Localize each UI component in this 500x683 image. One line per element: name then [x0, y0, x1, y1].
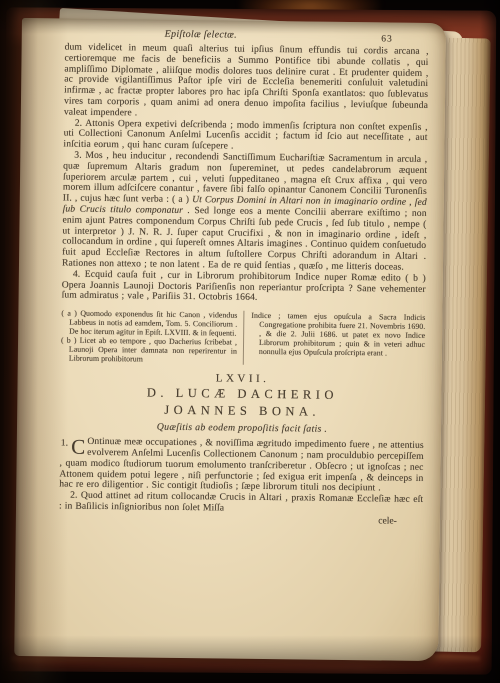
- section-author: JOANNES BONA.: [60, 402, 424, 421]
- letter-paragraph-1-text: Ontinuæ meæ occupationes , & noviſſima æ…: [59, 436, 424, 494]
- page-content: Epiſtolæ ſelectæ. 63 dum videlicet in me…: [16, 18, 446, 528]
- body-paragraph-3: 3. Mos , heu inducitur , recondendi Sanc…: [62, 150, 427, 273]
- letter-paragraph-2: 2. Quod attinet ad ritum collocandæ Cruc…: [59, 491, 423, 517]
- footnotes: ( a ) Quomodo exponendus ſit hic Canon ,…: [61, 309, 426, 367]
- paragraph-3-continuation: Sed longe eos a mente Concilii aberrare …: [62, 205, 427, 273]
- letter-paragraph-number: 1.: [61, 439, 69, 450]
- running-title: Epiſtolæ ſelectæ.: [165, 29, 237, 41]
- section-addressee: D. LUCÆ DACHERIO: [60, 385, 424, 404]
- section-argument: Quæſitis ab eodem propoſitis facit ſatis…: [60, 421, 424, 436]
- footnote-a: ( a ) Quomodo exponendus ſit hic Canon ,…: [61, 309, 237, 338]
- footnote-b-continuation: Indice ; tamen ejus opuſcula a Sacra Ind…: [251, 311, 426, 358]
- footnote-right-column: Indice ; tamen ejus opuſcula a Sacra Ind…: [243, 311, 426, 367]
- footnote-left-column: ( a ) Quomodo exponendus ſit hic Canon ,…: [61, 309, 244, 365]
- drop-cap-initial: C: [71, 438, 85, 456]
- body-paragraph-4: 4. Ecquid cauſa fuit , cur in Librorum p…: [62, 269, 426, 306]
- body-paragraph-1: dum videlicet in meum quaſi alterius tui…: [64, 43, 429, 123]
- letter-paragraph-1: 1.COntinuæ meæ occupationes , & noviſſim…: [59, 437, 424, 495]
- book-photo: Epiſtolæ ſelectæ. 63 dum videlicet in me…: [0, 0, 500, 683]
- page-number: 63: [381, 34, 393, 44]
- book-page: Epiſtolæ ſelectæ. 63 dum videlicet in me…: [14, 18, 446, 661]
- footnote-b: ( b ) Licet ab eo tempore , quo Dacheriu…: [61, 336, 237, 365]
